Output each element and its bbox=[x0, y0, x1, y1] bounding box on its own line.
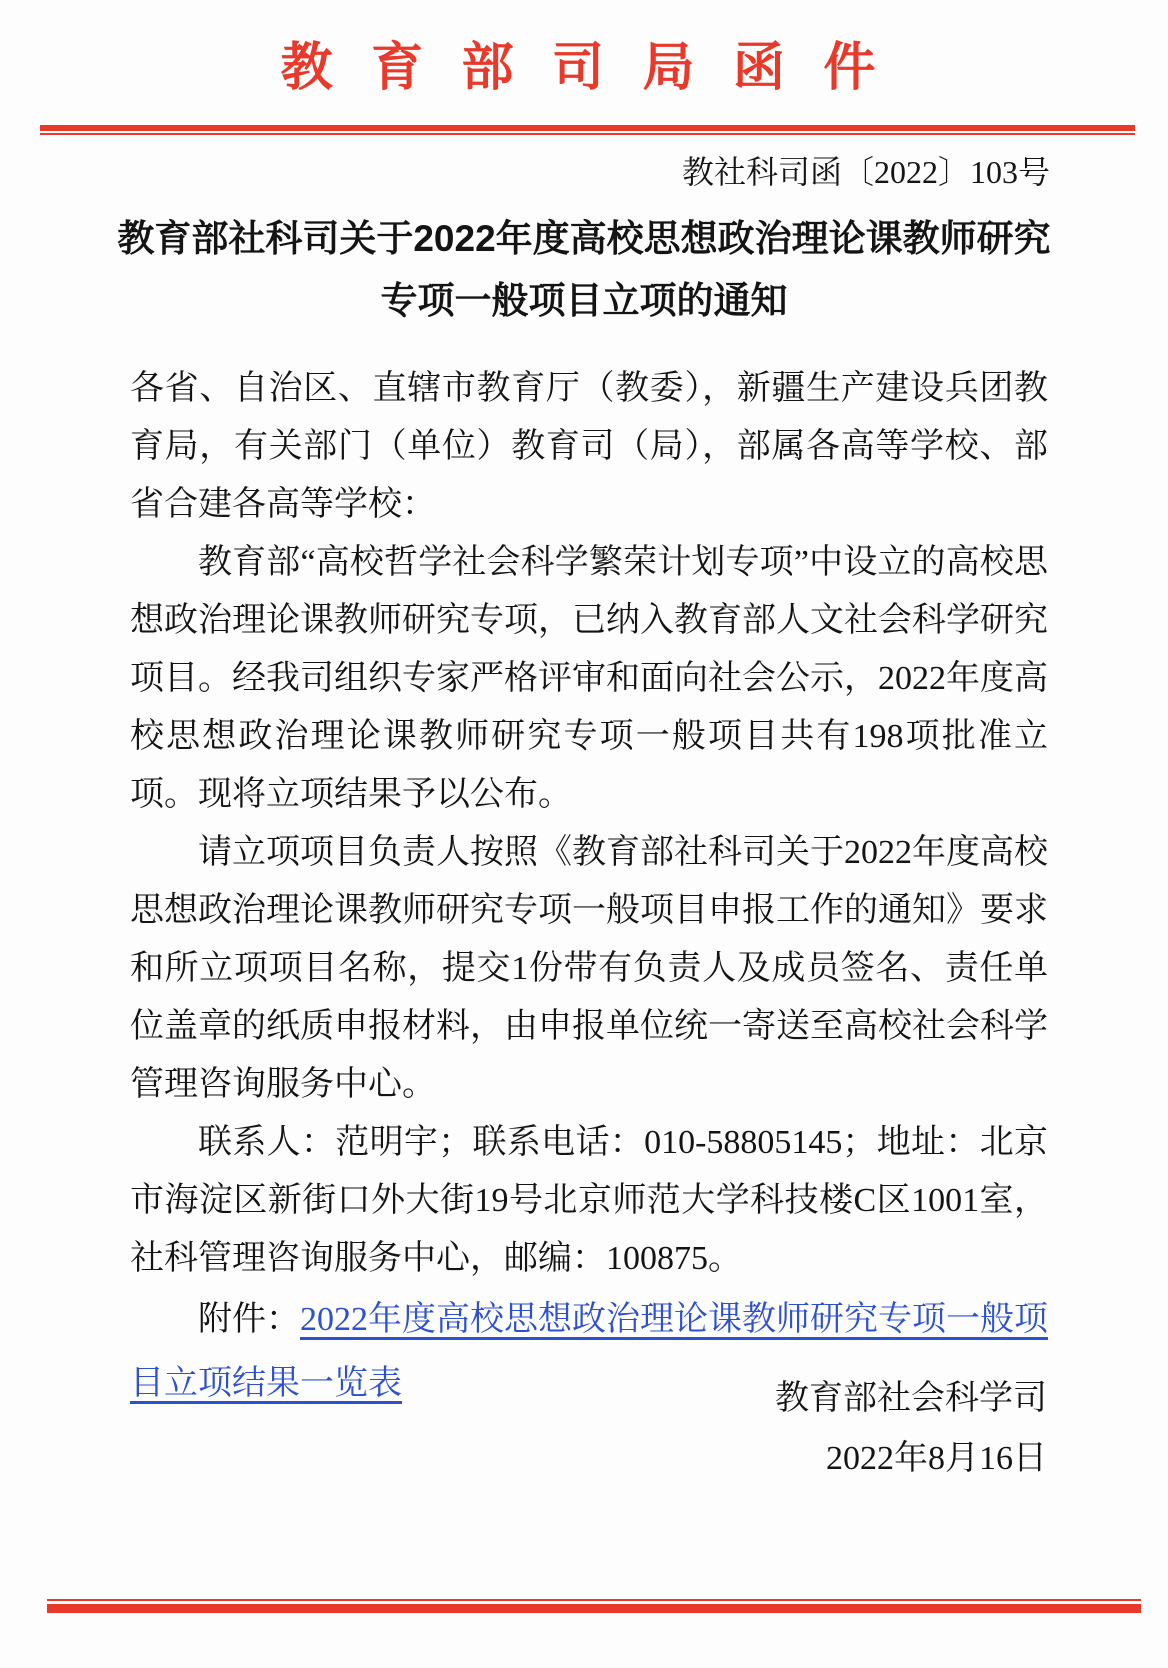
notice-title-line2: 专项一般项目立项的通知 bbox=[64, 270, 1104, 332]
notice-body: 各省、自治区、直辖市教育厅（教委），新疆生产建设兵团教育局，有关部门（单位）教育… bbox=[130, 360, 1048, 1416]
salutation-paragraph: 各省、自治区、直辖市教育厅（教委），新疆生产建设兵团教育局，有关部门（单位）教育… bbox=[130, 360, 1048, 534]
notice-title: 教育部社科司关于2022年度高校思想政治理论课教师研究 专项一般项目立项的通知 bbox=[64, 208, 1104, 332]
footer-rule bbox=[47, 1599, 1141, 1613]
document-page: 教 育 部 司 局 函 件 教社科司函〔2022〕103号 教育部社科司关于20… bbox=[0, 0, 1168, 1668]
body-paragraph-1: 教育部“高校哲学社会科学繁荣计划专项”中设立的高校思想政治理论课教师研究专项，已… bbox=[130, 534, 1048, 824]
attachment-label: 附件： bbox=[198, 1301, 300, 1338]
signature-date: 2022年8月16日 bbox=[775, 1430, 1047, 1488]
body-paragraph-3: 联系人：范明宇；联系电话：010-58805145；地址：北京市海淀区新街口外大… bbox=[130, 1114, 1048, 1288]
notice-title-line1: 教育部社科司关于2022年度高校思想政治理论课教师研究 bbox=[64, 208, 1104, 270]
masthead-title: 教 育 部 司 局 函 件 bbox=[0, 38, 1168, 98]
signature-block: 教育部社会科学司 2022年8月16日 bbox=[775, 1370, 1047, 1488]
header-rule bbox=[40, 125, 1135, 135]
signature-org: 教育部社会科学司 bbox=[775, 1370, 1047, 1428]
body-paragraph-2: 请立项项目负责人按照《教育部社科司关于2022年度高校思想政治理论课教师研究专项… bbox=[130, 824, 1048, 1114]
footer-rule-thick bbox=[47, 1604, 1141, 1613]
document-number: 教社科司函〔2022〕103号 bbox=[682, 150, 1050, 194]
header-rule-thin bbox=[40, 133, 1135, 135]
